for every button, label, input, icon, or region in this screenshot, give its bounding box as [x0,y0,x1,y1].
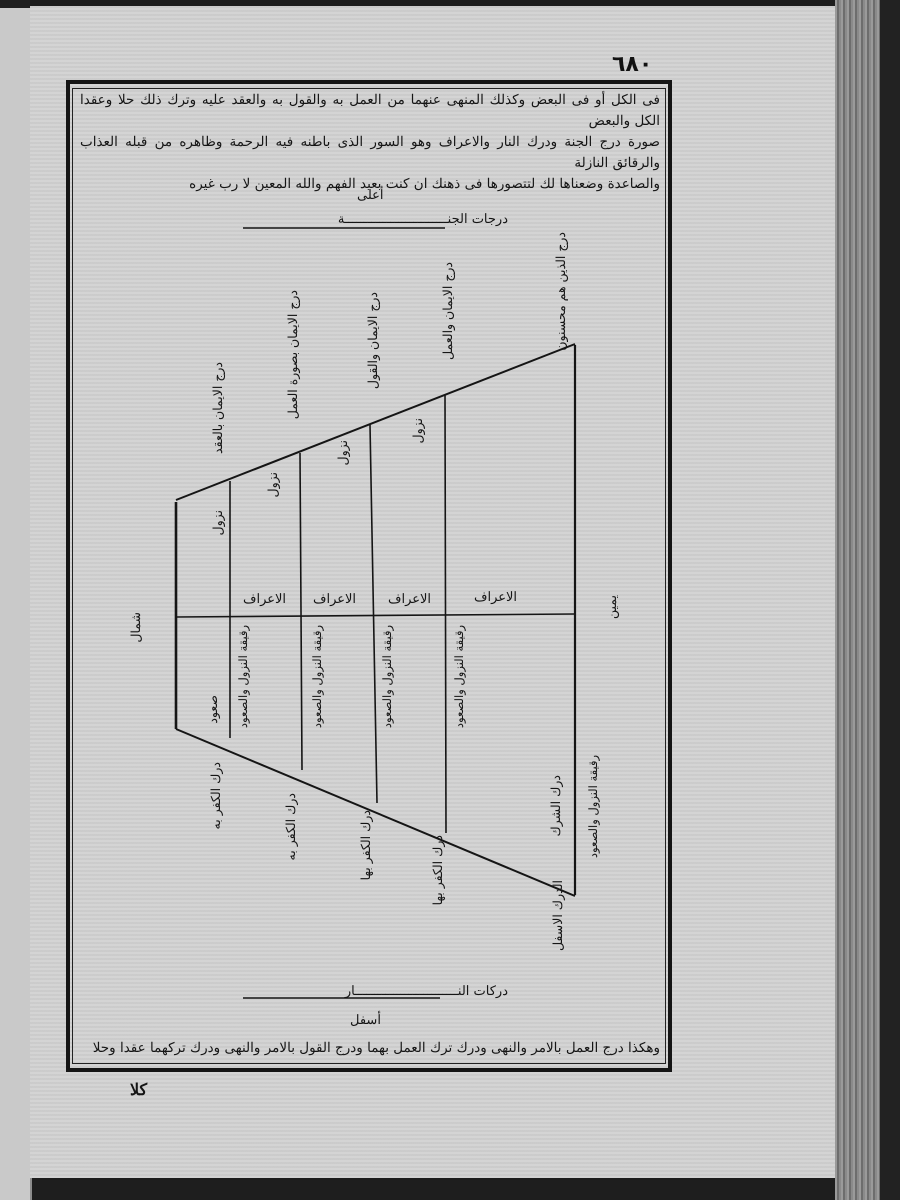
closing-line: وهكذا درج العمل بالامر والنهى ودرك ترك ا… [80,1040,660,1056]
araf-divider [176,614,575,617]
descent-label: نزول [210,510,225,536]
top-label: أعلى [357,188,384,203]
lower-degree-label: درك الكفر به [283,793,298,860]
araf-label: الاعراف [388,592,431,607]
hell-label: دركات النـــــــــــــــــــــــــــار [243,984,508,999]
raqiqa-label: رقيقة النزول والصعود [236,625,250,728]
bottom-label: أسفل [350,1013,381,1028]
ascent-label: صعود [205,695,220,724]
lower-degree-label: درك الكفر بها [430,835,445,905]
raqiqa-label: رقيقة النزول والصعود [310,625,324,728]
lower-degree-label: درك الشرك [548,775,563,837]
heaven-label: درجات الجنـــــــــــــــــــــــــــة [243,212,508,227]
catchword: كلا [130,1080,147,1099]
descent-label: نزول [265,472,280,498]
upper-degree-label: درج الذين هم محسنون [553,232,568,351]
upper-degree-label: درج الايمان والقول [365,292,380,389]
upper-degree-label: درج الايمان بالعقد [210,362,225,454]
lower-degree-label: درك الكفر به [208,762,223,829]
araf-label: الاعراف [313,592,356,607]
araf-label: الاعراف [474,590,517,605]
outer-raqiqa-label: رقيقة النزول والصعود [586,755,600,858]
descent-label: نزول [410,418,425,444]
diagram-figure [0,0,900,1200]
lowest-degree-label: الدرك الاسفل [550,880,565,951]
descent-label: نزول [335,440,350,466]
scanned-page: ٦٨٠ فى الكل أو فى البعض وكذلك المنهى عنه… [0,0,900,1200]
lower-degree-label: درك الكفر بها [358,810,373,880]
right-side-label: يمين [604,595,619,619]
araf-label: الاعراف [243,592,286,607]
raqiqa-label: رقيقة النزول والصعود [380,625,394,728]
upper-degree-label: درج الايمان بصورة العمل [285,290,300,419]
upper-degree-label: درج الايمان والعمل [440,262,455,360]
raqiqa-label: رقيقة النزول والصعود [452,625,466,728]
left-side-label: شمال [128,612,143,643]
